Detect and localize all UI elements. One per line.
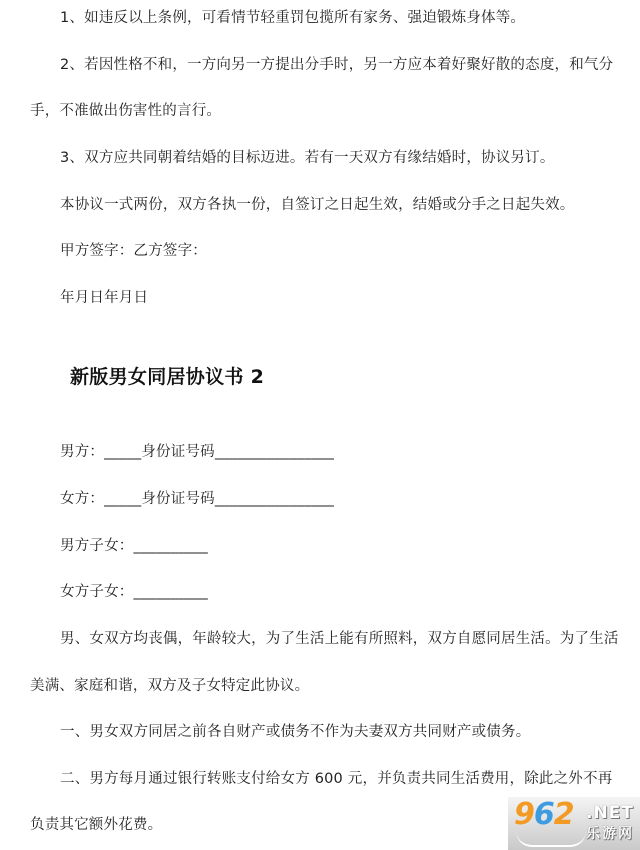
date-line: 年月日年月日: [60, 288, 148, 308]
article-2-line-1: 二、男方每月通过银行转账支付给女方 600 元，并负责共同生活费用，除此之外不再: [60, 769, 612, 789]
clause-3: 3、双方应共同朝着结婚的目标迈进。若有一天双方有缘结婚时，协议另订。: [60, 148, 555, 168]
field-male-children: 男方子女：__________: [60, 536, 208, 556]
field-male-party: 男方：_____身份证号码________________: [60, 442, 334, 462]
field-female-party: 女方：_____身份证号码________________: [60, 489, 334, 509]
clause-1: 1、如违反以上条例，可看情节轻重罚包揽所有家务、强迫锻炼身体等。: [60, 8, 525, 28]
section-title: 新版男女同居协议书 2: [70, 364, 264, 390]
site-watermark-logo: 962 .NET 乐游网: [508, 797, 640, 850]
watermark-chinese-name: 乐游网: [586, 825, 634, 843]
clause-2-continued: 手，不准做出伤害性的言行。: [30, 101, 221, 121]
watermark-suffix: .NET: [586, 803, 634, 823]
swoosh-decoration: [516, 831, 586, 847]
watermark-number: 962: [514, 799, 574, 831]
preamble-line-1: 男、女双方均丧偶，年龄较大，为了生活上能有所照料，双方自愿同居生活。为了生活: [60, 629, 619, 649]
validity-statement: 本协议一式两份，双方各执一份，自签订之日起生效，结婚或分手之日起失效。: [60, 195, 575, 215]
clause-2: 2、若因性格不和，一方向另一方提出分手时，另一方应本着好聚好散的态度，和气分: [60, 55, 613, 75]
preamble-line-2: 美满、家庭和谐，双方及子女特定此协议。: [30, 676, 309, 696]
field-female-children: 女方子女：__________: [60, 582, 208, 602]
article-1: 一、男女双方同居之前各自财产或债务不作为夫妻双方共同财产或债务。: [60, 722, 530, 742]
signature-line: 甲方签字：乙方签字：: [60, 241, 207, 261]
article-2-line-2: 负责其它额外花费。: [30, 815, 162, 835]
